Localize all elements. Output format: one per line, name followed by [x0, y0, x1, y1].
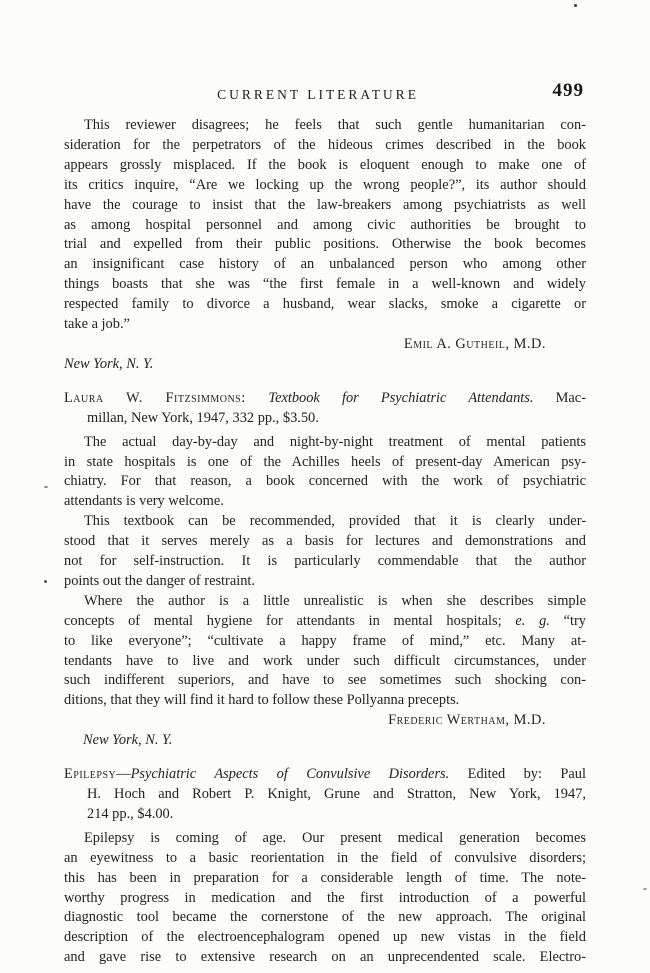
text-line: Laura W. Fitzsimmons: Textbook for Psych…	[64, 389, 586, 409]
text-line: Epilepsy is coming of age. Our present m…	[64, 829, 586, 849]
text-line: have the courage to insist that the law-…	[64, 196, 586, 216]
paragraph: Epilepsy is coming of age. Our present m…	[64, 829, 586, 968]
text-line: Where the author is a little unrealistic…	[64, 592, 586, 612]
text-line: such indifferent superiors, and have to …	[64, 671, 586, 691]
text-line: points out the danger of restraint.	[64, 572, 586, 592]
text-line: stood that it serves merely as a basis f…	[64, 532, 586, 552]
text-line: in state hospitals is one of the Achille…	[64, 453, 586, 473]
text-line: as among hospital personnel and among ci…	[64, 216, 586, 236]
text-line: to like everyone”; “cultivate a happy fr…	[64, 632, 586, 652]
text-line: sideration for the perpetrators of the h…	[64, 136, 586, 156]
text-line: an insignificant case history of an unba…	[64, 255, 586, 275]
text-line: This reviewer disagrees; he feels that s…	[64, 116, 586, 136]
reviewer-signature: Emil A. Gutheil, M.D.	[64, 335, 586, 355]
text-line: attendants is very welcome.	[64, 492, 586, 512]
text-line: respected family to divorce a husband, w…	[64, 295, 586, 315]
scan-speck	[643, 888, 647, 890]
running-head-title: CURRENT LITERATURE	[57, 87, 579, 103]
text-line: things boasts that she was “the first fe…	[64, 275, 586, 295]
scan-speck	[44, 580, 47, 583]
text-line: diagnostic tool became the cornerstone o…	[64, 908, 586, 928]
page-body: This reviewer disagrees; he feels that s…	[64, 116, 586, 968]
paragraph: Where the author is a little unrealistic…	[64, 592, 586, 711]
text-line: description of the electroencephalogram …	[64, 928, 586, 948]
paragraph: This textbook can be recommended, provid…	[64, 512, 586, 592]
reviewer-location: New York, N. Y.	[64, 355, 586, 375]
page-number: 499	[553, 80, 585, 102]
review-citation: Laura W. Fitzsimmons: Textbook for Psych…	[64, 389, 586, 429]
text-line: Frederic Wertham, M.D.	[64, 711, 586, 731]
scan-speck	[574, 4, 577, 7]
paragraph: The actual day-by-day and night-by-night…	[64, 433, 586, 513]
text-line: trial and expelled from their public pos…	[64, 235, 586, 255]
text-line: New York, N. Y.	[64, 731, 586, 751]
text-line: take a job.”	[64, 315, 586, 335]
text-line: millan, New York, 1947, 332 pp., $3.50.	[64, 409, 586, 429]
text-line: Emil A. Gutheil, M.D.	[64, 335, 586, 355]
review-citation: Epilepsy—Psychiatric Aspects of Convulsi…	[64, 765, 586, 825]
reviewer-location: New York, N. Y.	[64, 731, 586, 751]
text-line: This textbook can be recommended, provid…	[64, 512, 586, 532]
text-line: New York, N. Y.	[64, 355, 586, 375]
text-line: The actual day-by-day and night-by-night…	[64, 433, 586, 453]
text-line: H. Hoch and Robert P. Knight, Grune and …	[64, 785, 586, 805]
journal-page: CURRENT LITERATURE 499 This reviewer dis…	[0, 0, 650, 973]
text-line: an eyewitness to a basic reorientation i…	[64, 849, 586, 869]
text-line: tendants have to live and work under suc…	[64, 652, 586, 672]
text-line: this has been in preparation for a consi…	[64, 869, 586, 889]
reviewer-signature: Frederic Wertham, M.D.	[64, 711, 586, 731]
text-line: and gave rise to extensive research on a…	[64, 948, 586, 968]
text-line: its critics inquire, “Are we locking up …	[64, 176, 586, 196]
text-line: worthy progress in medication and the fi…	[64, 889, 586, 909]
text-line: 214 pp., $4.00.	[64, 805, 586, 825]
text-line: not for self-instruction. It is particul…	[64, 552, 586, 572]
text-line: Epilepsy—Psychiatric Aspects of Convulsi…	[64, 765, 586, 785]
text-line: concepts of mental hygiene for attendant…	[64, 612, 586, 632]
paragraph: This reviewer disagrees; he feels that s…	[64, 116, 586, 335]
text-line: ditions, that they will find it hard to …	[64, 691, 586, 711]
scan-speck	[44, 486, 48, 488]
text-line: appears grossly misplaced. If the book i…	[64, 156, 586, 176]
text-line: chiatry. For that reason, a book concern…	[64, 472, 586, 492]
